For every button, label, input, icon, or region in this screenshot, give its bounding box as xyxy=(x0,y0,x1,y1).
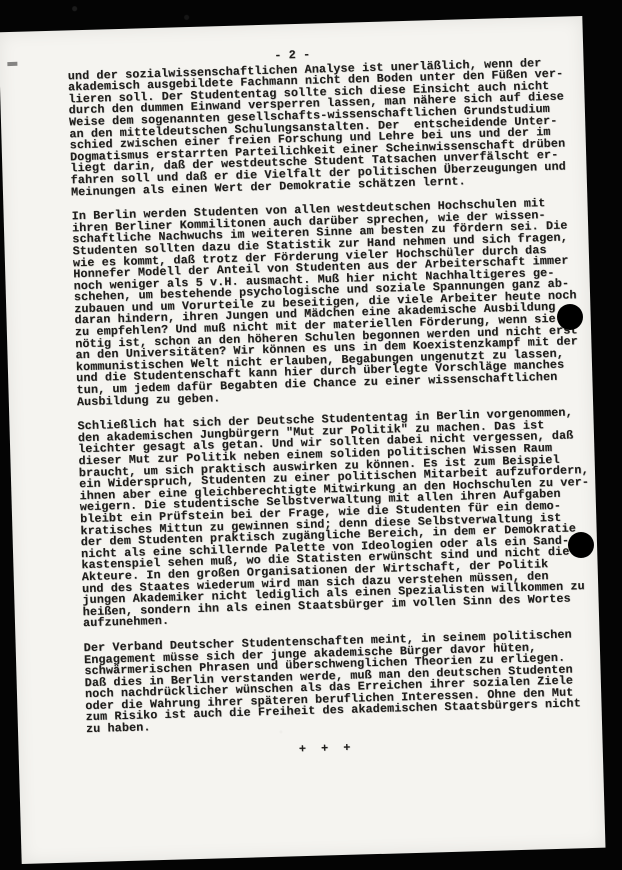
page-content: - 2 - und der sozialwissenschaftlichen A… xyxy=(67,42,602,761)
punch-hole-top xyxy=(557,304,583,330)
scan-speck xyxy=(7,62,17,66)
punch-hole-bottom xyxy=(568,532,594,558)
end-of-text-mark: + + + xyxy=(87,736,567,761)
scan-background: - 2 - und der sozialwissenschaftlichen A… xyxy=(0,0,622,870)
paragraph-3: Schließlich hat sich der Deutsche Studen… xyxy=(77,407,599,630)
document-page: - 2 - und der sozialwissenschaftlichen A… xyxy=(0,16,606,864)
paragraph-4: Der Verband Deutscher Studentenschaften … xyxy=(84,629,602,736)
paragraph-1: und der sozialwissenschaftlichen Analyse… xyxy=(68,57,587,199)
paragraph-2: In Berlin werden Studenten von allen wes… xyxy=(72,197,593,408)
